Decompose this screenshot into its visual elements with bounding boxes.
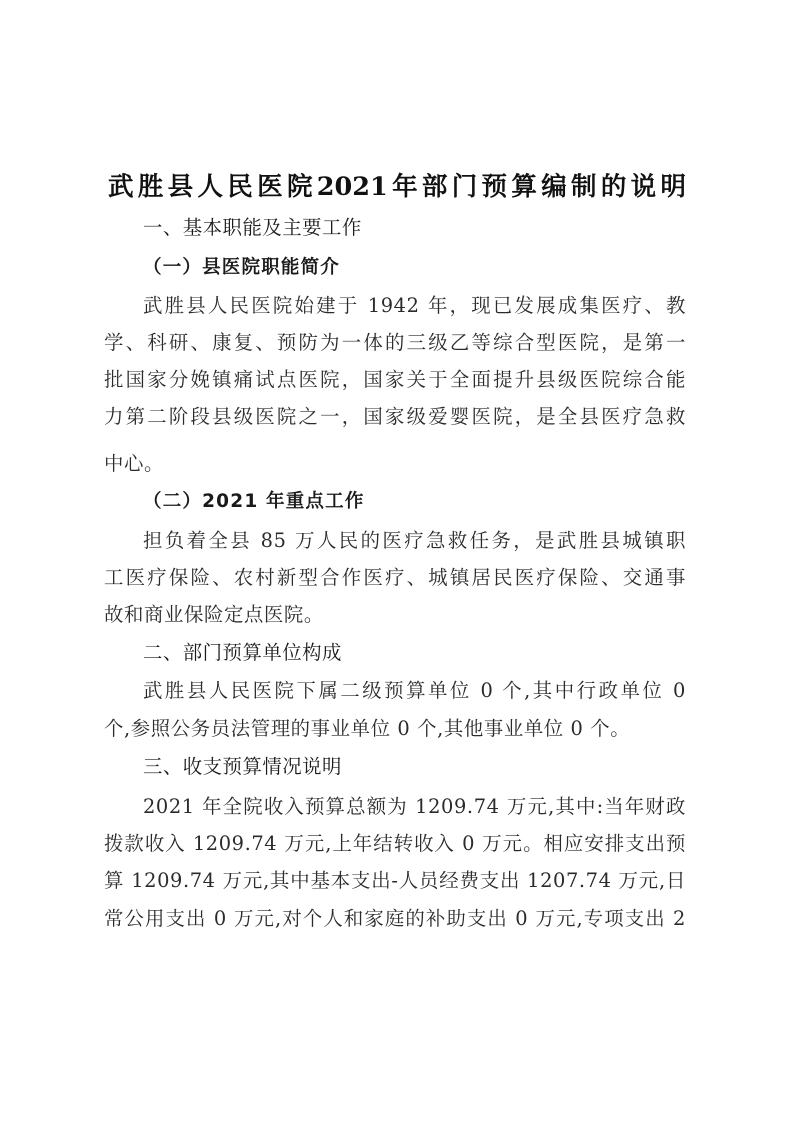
paragraph-line: 中心。 bbox=[104, 451, 686, 477]
paragraph-line: 学、科研、康复、预防为一体的三级乙等综合型医院，是第一 bbox=[104, 330, 686, 356]
paragraph-line: 算 1209.74 万元,其中基本支出-人员经费支出 1207.74 万元,日 bbox=[104, 868, 686, 894]
subsection-heading-hospital-intro: （一）县医院职能简介 bbox=[143, 255, 340, 281]
document-page: 武胜县人民医院2021年部门预算编制的说明 一、基本职能及主要工作 （一）县医院… bbox=[0, 0, 793, 1122]
section-heading-revenue-expenditure: 三、收支预算情况说明 bbox=[143, 754, 342, 780]
paragraph-line: 2021 年全院收入预算总额为 1209.74 万元,其中:当年财政 bbox=[143, 794, 686, 820]
paragraph-line: 担负着全县 85 万人民的医疗急救任务，是武胜县城镇职 bbox=[143, 528, 686, 554]
document-title: 武胜县人民医院2021年部门预算编制的说明 bbox=[108, 170, 686, 204]
section-heading-basic-functions: 一、基本职能及主要工作 bbox=[143, 215, 362, 241]
paragraph-line: 拨款收入 1209.74 万元,上年结转收入 0 万元。相应安排支出预 bbox=[104, 831, 686, 857]
paragraph-line: 批国家分娩镇痛试点医院，国家关于全面提升县级医院综合能 bbox=[104, 367, 686, 393]
paragraph-line: 常公用支出 0 万元,对个人和家庭的补助支出 0 万元,专项支出 2 bbox=[104, 906, 686, 932]
paragraph-line: 个,参照公务员法管理的事业单位 0 个,其他事业单位 0 个。 bbox=[104, 716, 686, 742]
subsection-heading-key-work-2021: （二）2021 年重点工作 bbox=[143, 489, 365, 515]
paragraph-line: 力第二阶段县级医院之一，国家级爱婴医院，是全县医疗急救 bbox=[104, 404, 686, 430]
paragraph-line: 故和商业保险定点医院。 bbox=[104, 602, 686, 628]
paragraph-line: 武胜县人民医院始建于 1942 年，现已发展成集医疗、教 bbox=[143, 293, 686, 319]
paragraph-line: 武胜县人民医院下属二级预算单位 0 个,其中行政单位 0 bbox=[143, 678, 686, 704]
section-heading-budget-units: 二、部门预算单位构成 bbox=[143, 640, 342, 666]
paragraph-line: 工医疗保险、农村新型合作医疗、城镇居民医疗保险、交通事 bbox=[104, 565, 686, 591]
